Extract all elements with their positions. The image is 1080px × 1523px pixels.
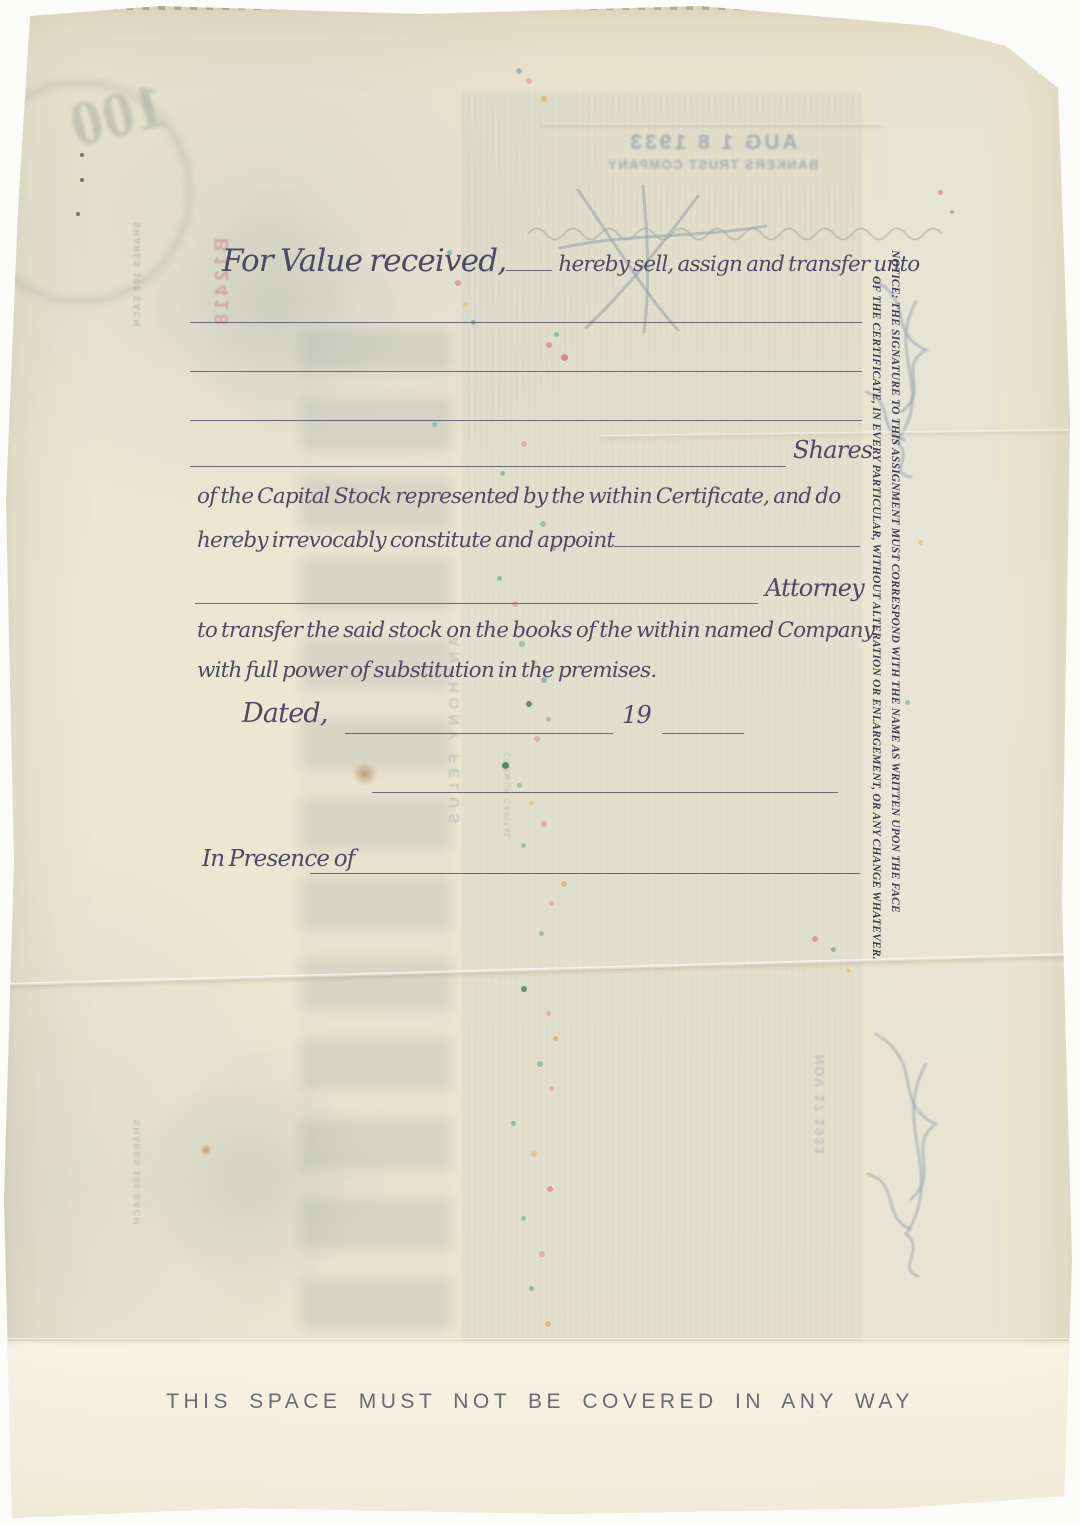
planchette-specks [0,0,1080,1523]
planchette-speck [846,968,851,973]
planchette-speck [546,342,552,348]
planchette-speck [938,190,943,195]
dated-label: Dated, [242,698,328,729]
planchette-speck [546,1011,551,1016]
planchette-speck [549,1086,554,1091]
constitute-appoint-line: hereby irrevocably constitute and appoin… [197,528,860,553]
power-substitution-line: with full power of substitution in the p… [197,658,656,683]
planchette-speck [540,521,546,527]
planchette-speck [541,96,547,102]
notice-line-1: NOTICE: THE SIGNATURE TO THIS ASSIGNMENT… [885,250,904,942]
planchette-speck [553,1036,558,1041]
planchette-speck [521,1216,526,1221]
notice-line-2: OF THE CERTIFICATE, IN EVERY PARTICULAR,… [866,250,885,942]
year-blank-line[interactable] [662,733,744,734]
planchette-speck [517,783,522,788]
signature-line[interactable] [372,792,838,793]
attorney-blank-line[interactable] [195,603,758,604]
planchette-speck [537,1061,543,1067]
constitute-appoint-text: hereby irrevocably constitute and appoin… [197,528,614,553]
date-blank-line[interactable] [345,733,613,734]
planchette-speck [812,936,818,942]
planchette-speck [905,700,910,705]
attorney-name-blank[interactable] [614,546,860,547]
capital-stock-line: of the Capital Stock represented by the … [197,484,840,509]
torn-perforated-edge [30,2,1002,10]
planchette-speck [554,332,559,337]
planchette-speck [511,1121,516,1126]
year-prefix: 19 [622,701,651,729]
planchette-speck [539,1251,545,1257]
planchette-speck [529,801,534,806]
planchette-speck [512,601,518,607]
pin-hole [80,178,84,182]
planchette-speck [549,901,554,906]
planchette-speck [529,1286,534,1291]
planchette-speck [526,701,532,707]
blank-line-3[interactable] [190,420,862,421]
fold-crease-bottom [0,1338,1080,1341]
pin-hole [80,153,84,157]
assignee-name-blank[interactable] [506,270,552,271]
for-value-received-text: For Value received, [222,243,506,279]
planchette-speck [561,354,568,361]
rust-spot [200,1144,212,1156]
stain-spot [352,762,378,786]
planchette-speck [432,422,437,427]
planchette-speck [561,881,567,887]
planchette-speck [539,931,544,936]
planchette-speck [531,1151,537,1157]
blank-line-1[interactable] [190,322,862,323]
planchette-speck [534,736,540,742]
shares-blank-line[interactable] [190,466,786,467]
blank-line-2[interactable] [190,371,862,372]
transfer-books-line: to transfer the said stock on the books … [197,618,874,643]
witness-blank-line[interactable] [310,873,860,874]
planchette-speck [516,68,522,74]
planchette-speck [546,717,551,722]
footer-warning-text: THIS SPACE MUST NOT BE COVERED IN ANY WA… [0,1390,1080,1414]
planchette-speck [497,576,502,581]
attorney-label: Attorney [765,574,864,602]
pin-hole [76,212,80,216]
planchette-speck [950,210,954,214]
planchette-speck [918,540,923,545]
assignment-opening-line: For Value received, hereby sell, assign … [222,243,919,279]
planchette-speck [455,280,461,286]
planchette-speck [521,986,527,992]
scanned-certificate-back: 100 AUG 1 8 1933 BANKERS TRUST COMPANY [0,0,1080,1523]
planchette-speck [526,78,532,84]
footer-band [0,1341,1080,1523]
planchette-speck [541,821,547,827]
planchette-speck [521,441,527,447]
planchette-speck [521,843,526,848]
planchette-speck [463,302,468,307]
planchette-speck [547,1186,553,1192]
witness-label: In Presence of [202,846,354,872]
signature-notice: NOTICE: THE SIGNATURE TO THIS ASSIGNMENT… [858,250,904,940]
planchette-speck [545,1321,551,1327]
planchette-speck [502,762,509,769]
planchette-speck [500,471,505,476]
planchette-speck [831,947,836,952]
certificate-paper: 100 AUG 1 8 1933 BANKERS TRUST COMPANY [0,0,1080,1523]
